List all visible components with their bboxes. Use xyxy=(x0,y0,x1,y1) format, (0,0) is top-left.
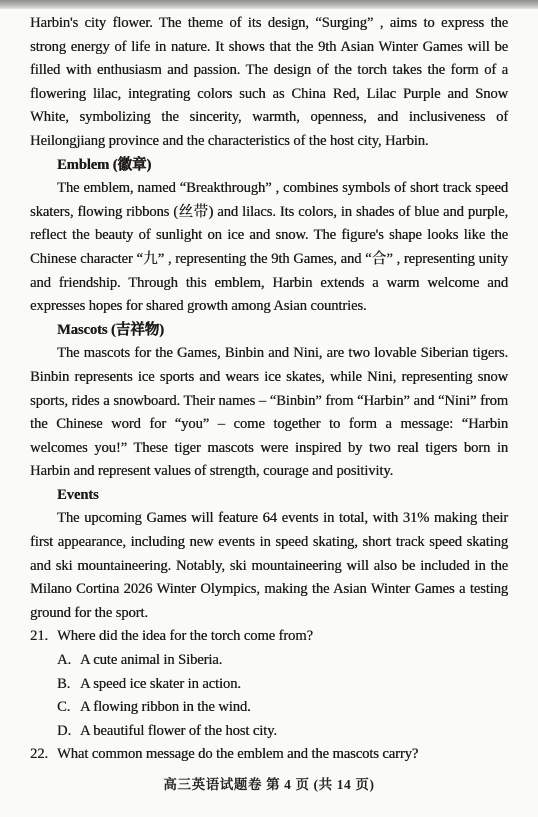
option-c: C. A flowing ribbon in the wind. xyxy=(57,696,508,720)
question-21-options: A. A cute animal in Siberia. B. A speed … xyxy=(30,649,508,743)
page-footer: 高三英语试题卷 第 4 页 (共 14 页) xyxy=(0,773,538,793)
heading-emblem: Emblem (徽章) xyxy=(30,154,508,178)
option-c-text: A flowing ribbon in the wind. xyxy=(80,696,508,720)
question-22-number: 22. xyxy=(30,743,57,767)
option-d-label: D. xyxy=(57,720,80,744)
question-22-text: What common message do the emblem and th… xyxy=(57,743,508,767)
question-22: 22. What common message do the emblem an… xyxy=(30,743,508,767)
heading-mascots: Mascots (吉祥物) xyxy=(30,319,508,343)
option-a-text: A cute animal in Siberia. xyxy=(80,649,508,673)
option-b-text: A speed ice skater in action. xyxy=(80,673,508,697)
option-c-label: C. xyxy=(57,696,80,720)
option-d: D. A beautiful flower of the host city. xyxy=(57,720,508,744)
scan-edge-shadow xyxy=(0,0,538,9)
option-a-label: A. xyxy=(57,649,80,673)
heading-events: Events xyxy=(30,484,508,508)
paragraph-mascots: The mascots for the Games, Binbin and Ni… xyxy=(30,342,508,484)
passage-content: Harbin's city flower. The theme of its d… xyxy=(30,12,508,767)
option-b: B. A speed ice skater in action. xyxy=(57,673,508,697)
paragraph-emblem: The emblem, named “Breakthrough” , combi… xyxy=(30,177,508,319)
exam-page: Harbin's city flower. The theme of its d… xyxy=(0,0,538,817)
option-a: A. A cute animal in Siberia. xyxy=(57,649,508,673)
question-21-number: 21. xyxy=(30,625,57,649)
option-b-label: B. xyxy=(57,673,80,697)
question-21: 21. Where did the idea for the torch com… xyxy=(30,625,508,649)
paragraph-events: The upcoming Games will feature 64 event… xyxy=(30,507,508,625)
option-d-text: A beautiful flower of the host city. xyxy=(80,720,508,744)
question-21-text: Where did the idea for the torch come fr… xyxy=(57,625,508,649)
paragraph-torch: Harbin's city flower. The theme of its d… xyxy=(30,12,508,154)
